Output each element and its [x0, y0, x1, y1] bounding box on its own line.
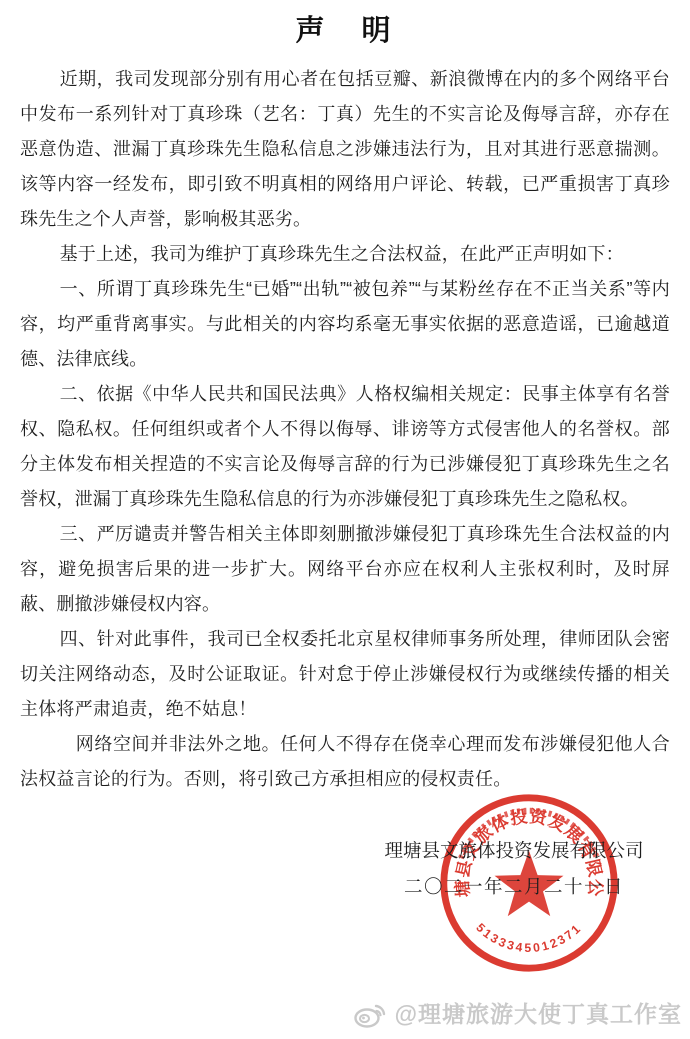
paragraph-item-3: 三、严厉谴责并警告相关主体即刻删撤涉嫌侵犯丁真珍珠先生合法权益的内容，避免损害后…	[20, 517, 670, 622]
document-body: 声 明 近期，我司发现部分别有用心者在包括豆瓣、新浪微博在内的多个网络平台中发布…	[0, 0, 690, 797]
seal-serial-number: 5133345012371	[473, 921, 584, 955]
watermark-text: @理塘旅游大使丁真工作室	[395, 996, 682, 1029]
signature-date: 二〇二一年二月二十一日	[378, 874, 650, 900]
statement-document: 声 明 近期，我司发现部分别有用心者在包括豆瓣、新浪微博在内的多个网络平台中发布…	[0, 0, 690, 1039]
paragraph-item-1: 一、所谓丁真珍珠先生“已婚”“出轨”“被包养”“与某粉丝存在不正当关系”等内容，…	[20, 272, 670, 377]
signature-company: 理塘县文旅体投资发展有限公司	[378, 838, 650, 864]
paragraph-item-2: 二、依据《中华人民共和国民法典》人格权编相关规定：民事主体享有名誉权、隐私权。任…	[20, 377, 670, 517]
paragraph-preamble: 基于上述，我司为维护丁真珍珠先生之合法权益，在此严正声明如下：	[20, 237, 670, 272]
signature-block: 理塘县文旅体投资发展有限公司 二〇二一年二月二十一日	[378, 838, 650, 900]
page-title: 声 明	[20, 12, 670, 50]
weibo-logo-icon	[353, 997, 390, 1029]
paragraph-intro: 近期，我司发现部分别有用心者在包括豆瓣、新浪微博在内的多个网络平台中发布一系列针…	[20, 62, 670, 237]
watermark: @理塘旅游大使丁真工作室	[353, 996, 682, 1029]
paragraph-closing: 网络空间并非法外之地。任何人不得存在侥幸心理而发布涉嫌侵犯他人合法权益言论的行为…	[20, 727, 670, 797]
paragraph-item-4: 四、针对此事件，我司已全权委托北京星权律师事务所处理，律师团队会密切关注网络动态…	[20, 622, 670, 727]
